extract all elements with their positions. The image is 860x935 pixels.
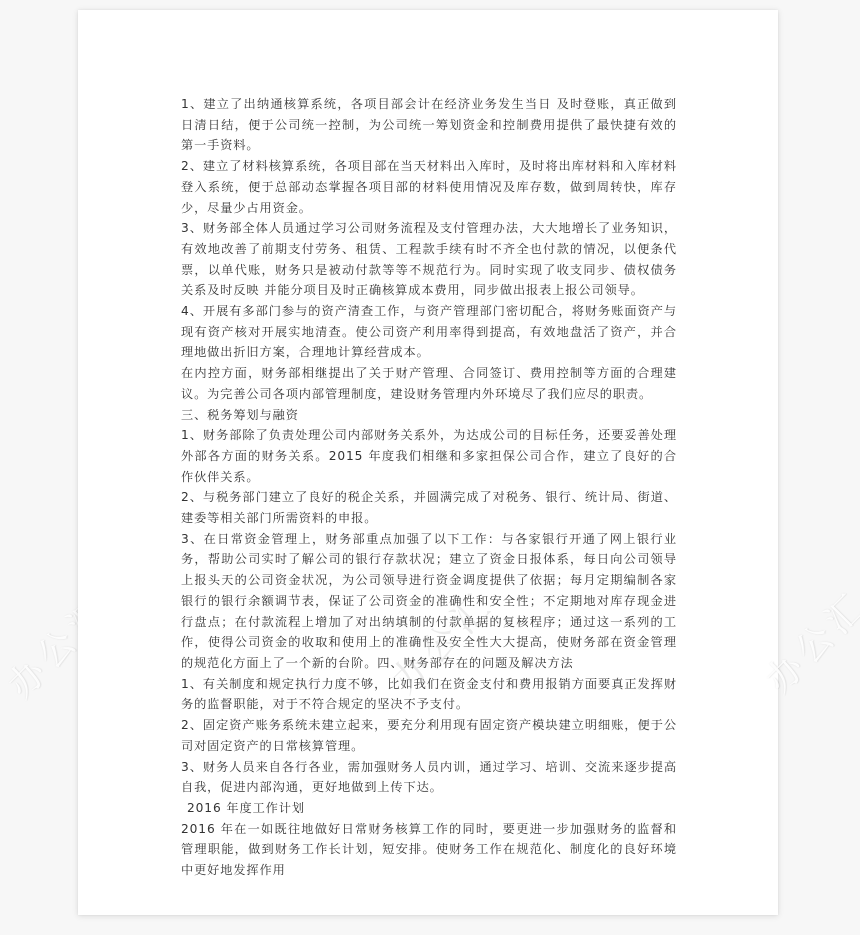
- paragraph-cashier-system: 1、建立了出纳通核算系统，各项目部会计在经济业务发生当日 及时登账，真正做到日清…: [181, 94, 677, 156]
- paragraph-2016-plan: 2016 年在一如既往地做好日常财务核算工作的同时，要更进一步加强财务的监督和管…: [181, 819, 677, 881]
- paragraph-internal-control: 在内控方面，财务部相继提出了关于财产管理、合同签订、费用控制等方面的合理建议。为…: [181, 363, 677, 404]
- paragraph-problem-staff: 3、财务人员来自各行各业，需加强财务人员内训，通过学习、培训、交流来逐步提高自我…: [181, 757, 677, 798]
- paragraph-asset-inventory: 4、开展有多部门参与的资产清查工作，与资产管理部门密切配合，将财务账面资产与现有…: [181, 301, 677, 363]
- paragraph-fund-management: 3、在日常资金管理上，财务部重点加强了以下工作：与各家银行开通了网上银行业务，帮…: [181, 529, 677, 674]
- paragraph-problem-fixed-assets: 2、固定资产账务系统未建立起来，要充分利用现有固定资产模块建立明细账，便于公司对…: [181, 715, 677, 756]
- document-page: 1、建立了出纳通核算系统，各项目部会计在经济业务发生当日 及时登账，真正做到日清…: [78, 10, 778, 915]
- paragraph-tax-relations: 2、与税务部门建立了良好的税企关系，并圆满完成了对税务、银行、统计局、街道、建委…: [181, 487, 677, 528]
- paragraph-external-relations: 1、财务部除了负责处理公司内部财务关系外，为达成公司的目标任务，还要妥善处理外部…: [181, 425, 677, 487]
- paragraph-staff-training: 3、财务部全体人员通过学习公司财务流程及支付管理办法，大大地增长了业务知识，有效…: [181, 218, 677, 301]
- section-heading-2016-plan: 2016 年度工作计划: [181, 798, 677, 819]
- paragraph-problem-enforcement: 1、有关制度和规定执行力度不够，比如我们在资金支付和费用报销方面要真正发挥财务的…: [181, 674, 677, 715]
- section-heading-tax-financing: 三、税务筹划与融资: [181, 405, 677, 426]
- document-body: 1、建立了出纳通核算系统，各项目部会计在经济业务发生当日 及时登账，真正做到日清…: [181, 94, 677, 881]
- paragraph-material-system: 2、建立了材料核算系统，各项目部在当天材料出入库时，及时将出库材料和入库材料登入…: [181, 156, 677, 218]
